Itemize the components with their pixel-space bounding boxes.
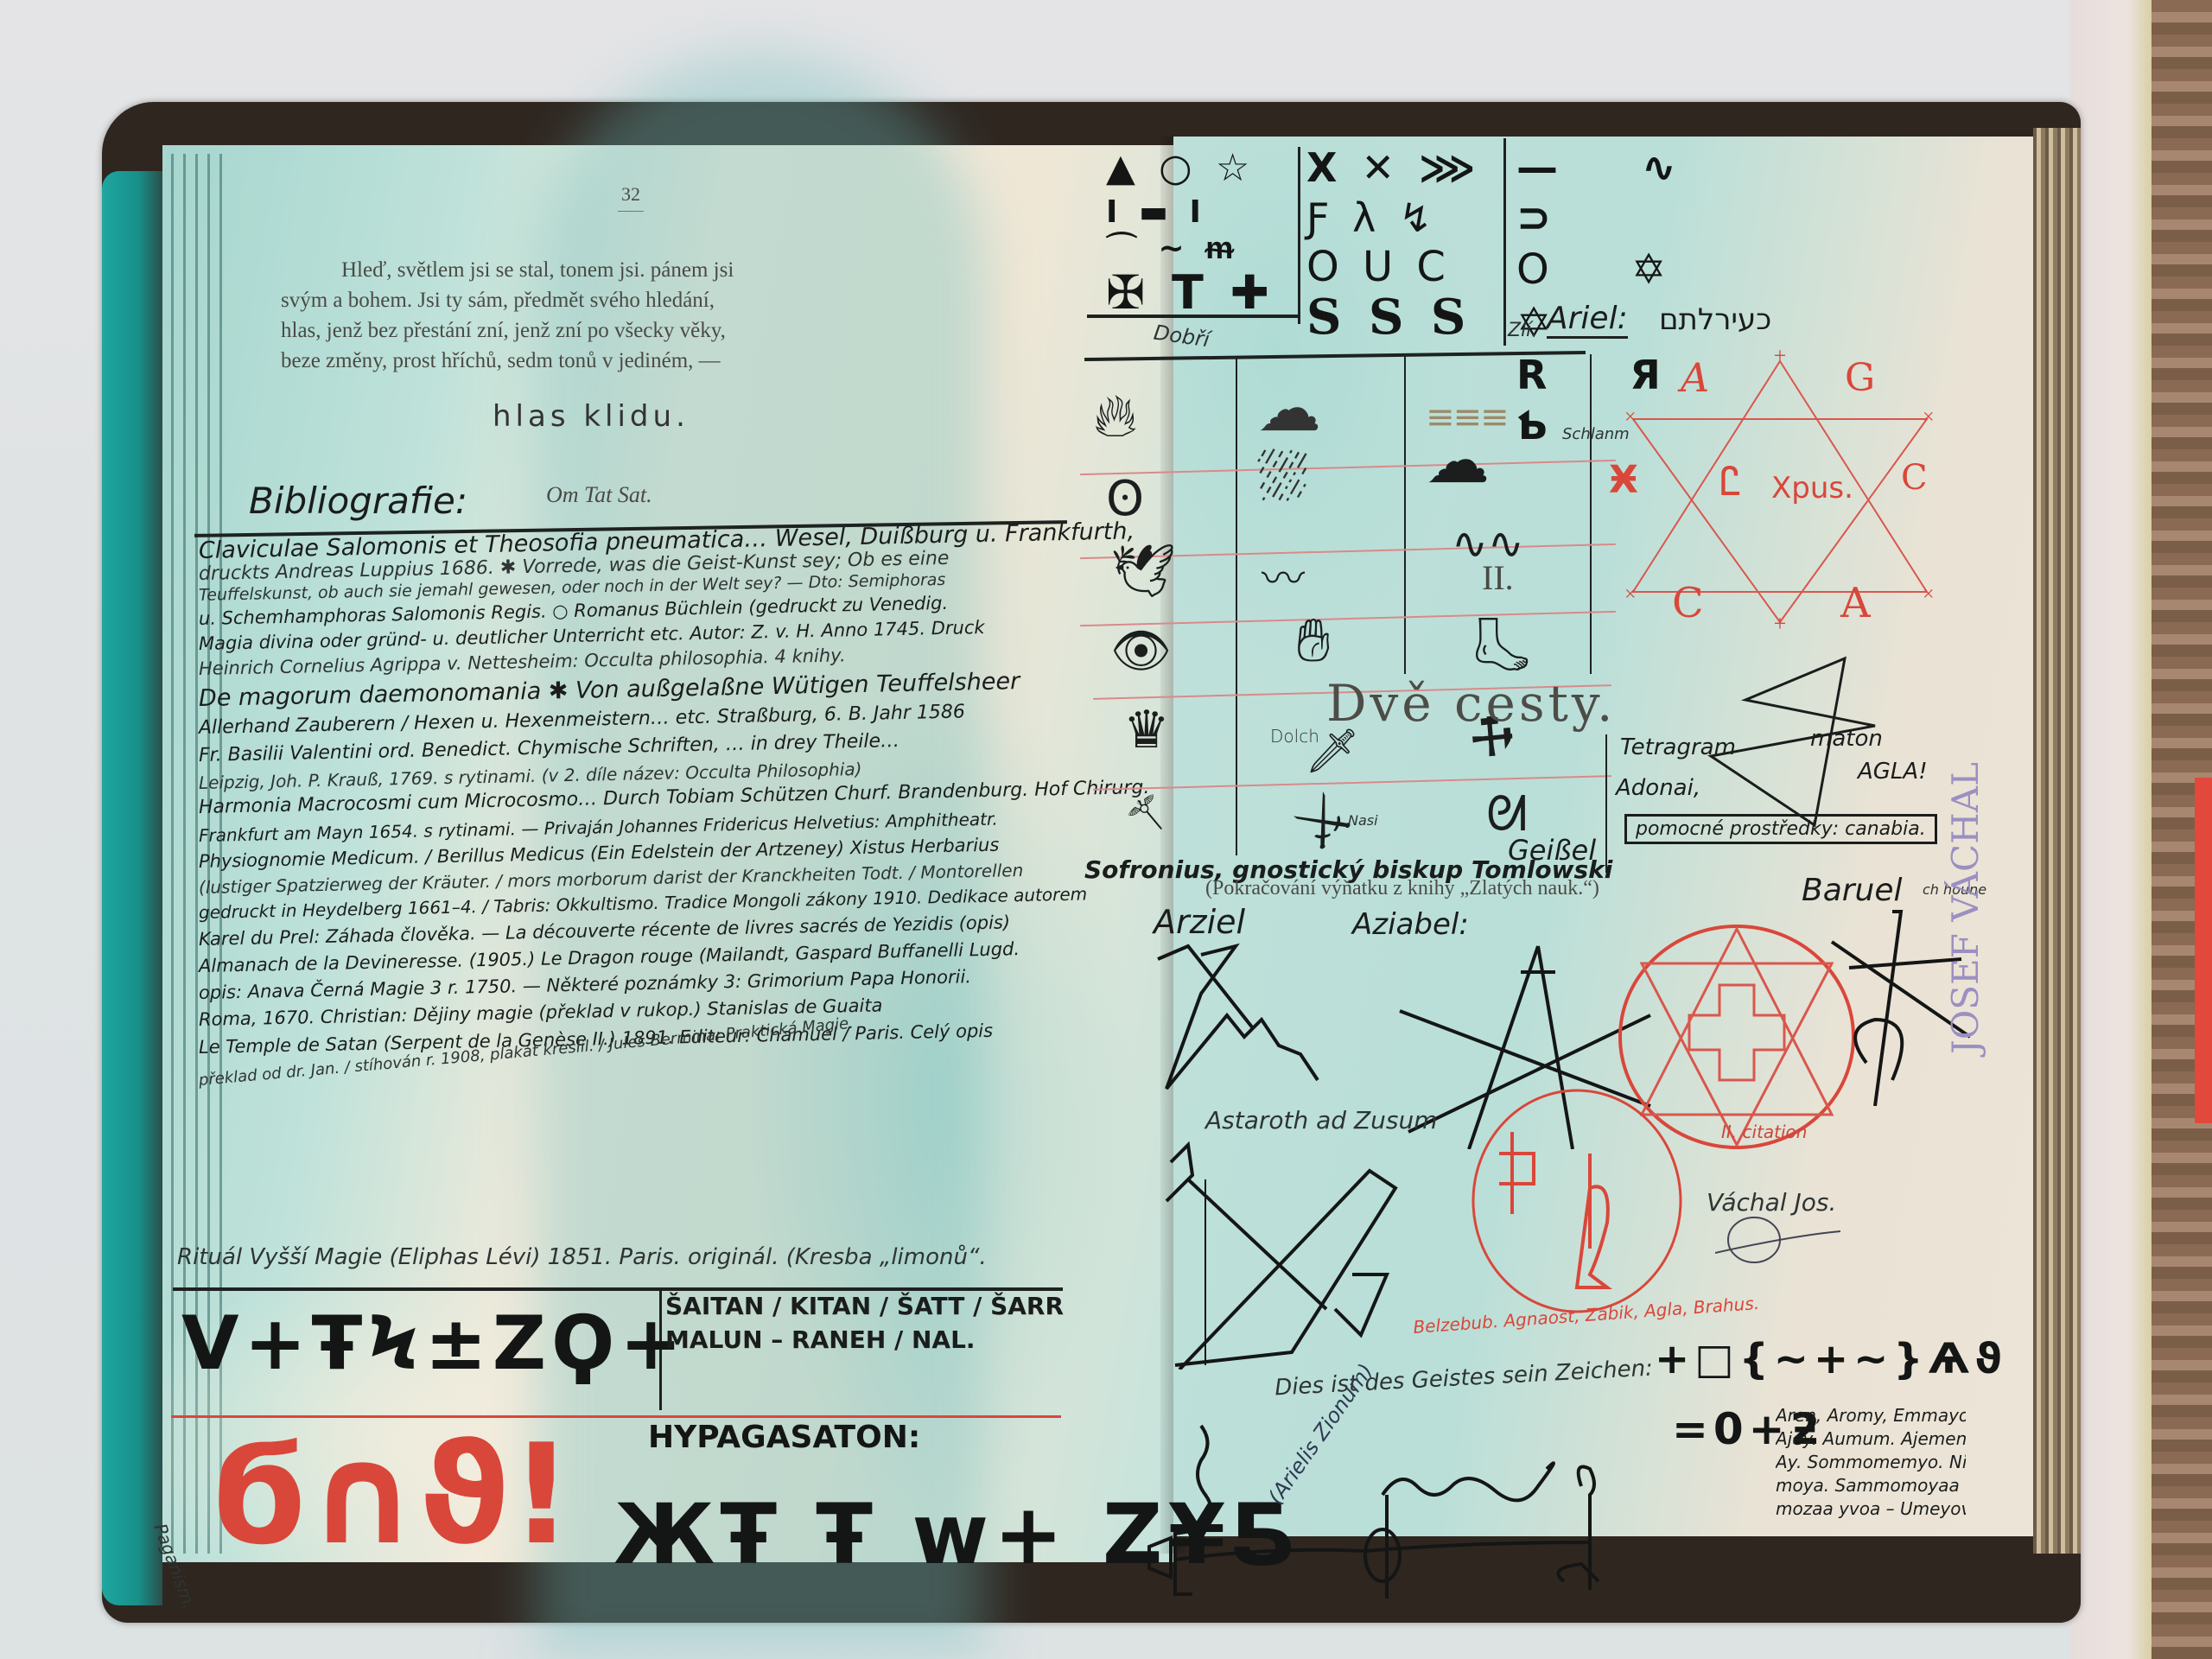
paragraph-line: beze změny, prost hříchů, sedm tonů v je…: [281, 346, 989, 376]
incantation-line: mozaa yvoa – Umeyovan.: [1776, 1497, 1966, 1521]
label-zli: Zlí.: [1508, 320, 1537, 341]
hexagram-side-glyph: Ӿ: [1609, 458, 1638, 502]
hexagram-letter: A: [1840, 579, 1871, 627]
grid-rule: [1087, 315, 1299, 318]
nasi-label: Nasi: [1348, 812, 1378, 829]
spirit-name-baruel: Baruel: [1802, 873, 1903, 908]
schlanm-label: Schlanm: [1562, 425, 1630, 443]
ritual-line: Rituál Vyšší Magie (Eliphas Lévi) 1851. …: [177, 1244, 987, 1270]
signature: Váchal Jos.: [1707, 1188, 1836, 1217]
glyph-row: Ƒ λ ↯: [1306, 193, 1497, 243]
names-line: ŠAITAN / KITAN / ŠATT / ŠARR: [665, 1292, 1064, 1320]
incantation-line: Ay. Sommomemyo. Nie-: [1776, 1451, 1966, 1474]
boxed-note: pomocné prostředky: canabia.: [1624, 814, 1937, 844]
book-cover-left-edge: [102, 171, 162, 1605]
arielis-sigil: [1141, 1417, 1659, 1607]
background-red-object: [2195, 778, 2212, 1123]
printed-heading: hlas klidu.: [493, 399, 690, 434]
stamp-josef-vachal: JOSEF VÁCHAL: [1944, 762, 1986, 1054]
hebrew-text: כעירלתם: [1659, 302, 1771, 337]
names-box: ŠAITAN / KITAN / ŠATT / ŠARR MALUN – RAN…: [665, 1292, 1064, 1354]
glyph-row-sigils: V+ŦϞ±ZϘ+: [181, 1300, 687, 1387]
page-number: 32: [618, 183, 644, 212]
creature-icon: ʘ: [1106, 471, 1144, 527]
glyph-row: X ✕ ⋙: [1306, 143, 1497, 193]
red-sigil-glyph: ϭ∩ϑ!: [207, 1426, 573, 1564]
printed-paragraph: Hleď, světlem jsi se stal, tonem jsi. pá…: [281, 255, 989, 376]
arziel-sigil: [1149, 942, 1374, 1097]
snake-icon: 〰: [1262, 544, 1305, 607]
eye-icon: 👁︎: [1110, 622, 1172, 679]
svg-text:×: ×: [1923, 583, 1935, 606]
printed-motto: Om Tat Sat.: [546, 482, 652, 508]
ariel-label: Ariel:: [1547, 301, 1628, 339]
spirit-name-astaroth: Astaroth ad Zusum: [1205, 1106, 1438, 1135]
rain-cloud-icon: ⛆: [1257, 441, 1308, 516]
red-circle-seal: [1460, 1084, 1694, 1318]
hexagram-letter: A: [1681, 354, 1709, 401]
svg-text:×: ×: [1624, 583, 1637, 606]
table-col-divider: [1404, 354, 1406, 674]
glyph-row: ⌒ ~ ᵯ: [1106, 231, 1296, 267]
flame-icon: 🔥︎: [1093, 380, 1137, 452]
spirit-name-arziel: Arziel: [1154, 903, 1245, 941]
pentagram-label: maton: [1810, 726, 1883, 752]
astaroth-sigil: [1154, 1136, 1447, 1370]
svg-text:+: +: [1774, 343, 1787, 368]
signature-flourish: [1715, 1214, 1845, 1266]
zeichen-glyphs: +□{~+~}Ѧϑ: [1655, 1335, 2007, 1383]
bibliography-title: Bibliografie:: [249, 480, 467, 522]
glyph-row: O U C: [1306, 243, 1497, 291]
roman-numeral: II.: [1482, 557, 1514, 598]
glyph-row: S S S: [1306, 291, 1497, 343]
glyph-row: — ∿ ⊃: [1516, 143, 1802, 243]
hexagram-letter: G: [1845, 356, 1875, 400]
storm-cloud-icon: ☁︎: [1426, 423, 1490, 498]
red-seal-caption: II. citation: [1721, 1122, 1807, 1142]
svg-text:×: ×: [1923, 406, 1935, 429]
glyph-row: ✠ T ✚: [1106, 267, 1296, 319]
hypagasaton-label: HYPAGASATON:: [648, 1420, 920, 1455]
ritual-rule: [173, 1287, 1063, 1291]
incantation-line: Aren, Aromy, Emmayo…: [1776, 1404, 1966, 1427]
bird-icon: 🕊︎: [1110, 540, 1176, 601]
hexagram-letter: C: [1901, 458, 1928, 498]
hand-icon: ✋︎: [1296, 605, 1331, 677]
glyph-row: ▲ ○ ☆: [1106, 143, 1296, 194]
foot-icon: 🦶︎: [1469, 613, 1535, 675]
paragraph-line: svým a bohem. Jsi ty sám, předmět svého …: [281, 285, 989, 315]
pentagram-label: AGLA!: [1858, 759, 1928, 785]
incantation-text: Aren, Aromy, Emmayo… Ajey. Aumum. Ajemen…: [1776, 1404, 1966, 1521]
incantation-line: moya. Sammomoyaa – Tra-: [1776, 1474, 1966, 1497]
glyph-grid-col-1: ▲ ○ ☆ I ▬ I ⌒ ~ ᵯ ✠ T ✚: [1106, 143, 1296, 319]
table-col-divider: [1236, 359, 1237, 855]
crown-icon: ♛: [1123, 700, 1170, 760]
spirit-name-aziabel: Aziabel:: [1352, 907, 1469, 942]
paragraph-line: hlas, jenž bez přestání zní, jenž zní po…: [281, 315, 989, 346]
pentagram-label: Tetragram: [1620, 734, 1736, 760]
glyph-grid-col-2: X ✕ ⋙ Ƒ λ ↯ O U C S S S: [1306, 143, 1497, 343]
hexagram-letter: C: [1672, 579, 1704, 627]
printed-title-dve-cesty: Dvě cesty.: [1326, 674, 1616, 733]
hexagram-center-glyph: Ꮭ: [1719, 458, 1742, 506]
svg-text:+: +: [1774, 611, 1787, 636]
table-col-divider: [1590, 354, 1592, 674]
printed-caption: (Pokračování výňatku z knihy „Zlatých na…: [1205, 877, 1599, 900]
glyph-row: I ▬ I: [1106, 194, 1296, 231]
paragraph-line: Hleď, světlem jsi se stal, tonem jsi. pá…: [281, 255, 989, 285]
table-col-divider: [1605, 734, 1607, 873]
dolch-label: Dolch: [1270, 726, 1319, 747]
grid-divider: [1298, 147, 1300, 324]
cloud-icon: ☁︎: [1257, 372, 1321, 446]
names-line: MALUN – RANEH / NAL.: [665, 1325, 1064, 1354]
incantation-line: Ajey. Aumum. Ajemenmyo.: [1776, 1427, 1966, 1451]
page-block-edge: [2033, 128, 2081, 1554]
pentagram-label: Adonai,: [1616, 775, 1700, 801]
hexagram-center-text: Xpus.: [1771, 471, 1853, 505]
grid-divider: [1503, 138, 1506, 346]
